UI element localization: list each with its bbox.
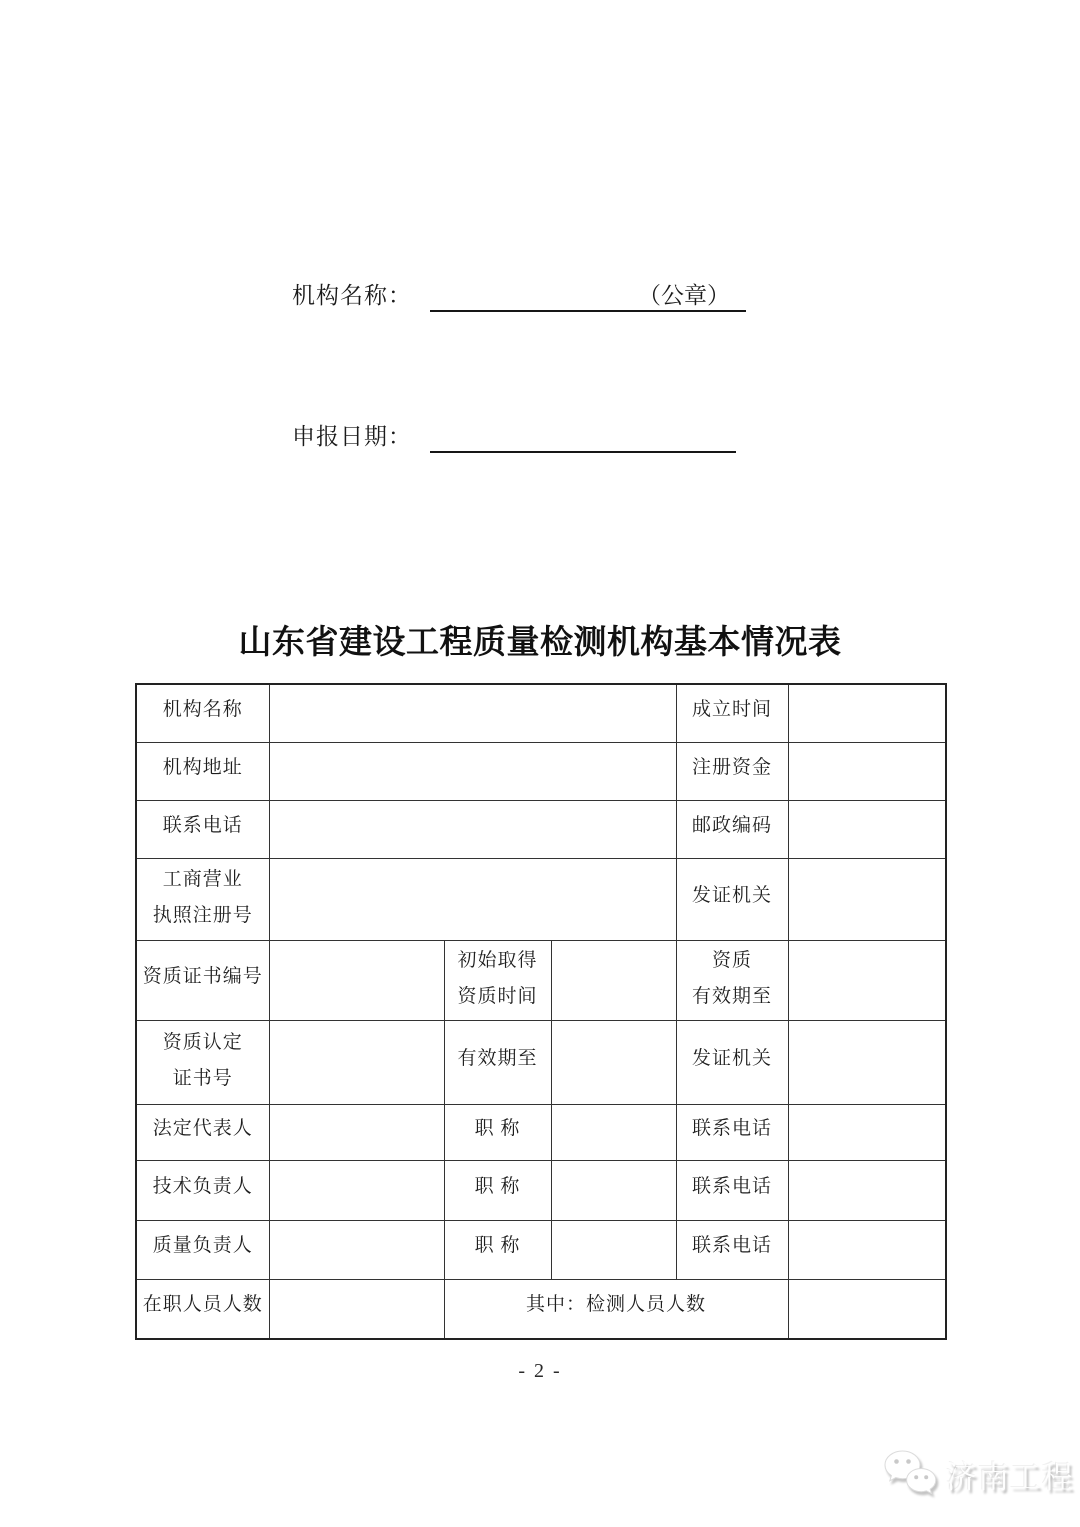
value-cell	[269, 940, 444, 1020]
label-cell: 初始取得 资质时间	[444, 940, 551, 1020]
value-cell	[269, 1279, 444, 1339]
declare-date-blank-line	[430, 421, 736, 453]
org-name-field: 机构名称： （公章）	[292, 280, 746, 312]
label-cell: 联系电话	[676, 1104, 788, 1160]
label-cell: 职 称	[444, 1104, 551, 1160]
table-row: 资质证书编号 初始取得 资质时间 资质 有效期至	[136, 940, 946, 1020]
org-name-blank-line: （公章）	[430, 280, 746, 312]
wechat-icon	[882, 1448, 940, 1500]
table-row: 机构名称 成立时间	[136, 684, 946, 742]
declare-date-field: 申报日期：	[292, 421, 736, 453]
value-cell	[269, 858, 676, 940]
value-cell	[269, 1160, 444, 1220]
label-cell: 有效期至	[444, 1020, 551, 1104]
label-cell: 质量负责人	[136, 1220, 269, 1279]
value-cell	[788, 1279, 946, 1339]
value-cell	[269, 684, 676, 742]
table-row: 工商营业 执照注册号 发证机关	[136, 858, 946, 940]
label-cell: 在职人员人数	[136, 1279, 269, 1339]
label-cell: 职 称	[444, 1220, 551, 1279]
table-row: 法定代表人 职 称 联系电话	[136, 1104, 946, 1160]
label-cell: 发证机关	[676, 1020, 788, 1104]
table-row: 机构地址 注册资金	[136, 742, 946, 800]
value-cell	[269, 742, 676, 800]
value-cell	[788, 940, 946, 1020]
value-cell	[269, 1104, 444, 1160]
document-page: 机构名称： （公章） 申报日期： 山东省建设工程质量检测机构基本情况表 机构名称…	[0, 0, 1080, 1527]
value-cell	[788, 858, 946, 940]
label-cell: 资质证书编号	[136, 940, 269, 1020]
label-cell: 职 称	[444, 1160, 551, 1220]
value-cell	[788, 1104, 946, 1160]
basic-info-table: 机构名称 成立时间 机构地址 注册资金 联系电话 邮政编码 工商营业 执照注册号	[135, 683, 947, 1340]
value-cell	[788, 684, 946, 742]
label-cell: 注册资金	[676, 742, 788, 800]
org-name-label: 机构名称：	[292, 280, 412, 312]
label-cell: 资质 有效期至	[676, 940, 788, 1020]
label-cell: 邮政编码	[676, 800, 788, 858]
label-cell: 发证机关	[676, 858, 788, 940]
value-cell	[788, 1220, 946, 1279]
value-cell	[788, 1160, 946, 1220]
page-number: - 2 -	[0, 1360, 1080, 1383]
declare-date-label: 申报日期：	[292, 421, 412, 453]
table-row: 资质认定 证书号 有效期至 发证机关	[136, 1020, 946, 1104]
label-cell: 技术负责人	[136, 1160, 269, 1220]
label-cell: 联系电话	[136, 800, 269, 858]
table-row: 质量负责人 职 称 联系电话	[136, 1220, 946, 1279]
label-cell: 联系电话	[676, 1220, 788, 1279]
value-cell	[269, 1220, 444, 1279]
value-cell	[269, 800, 676, 858]
form-title: 山东省建设工程质量检测机构基本情况表	[0, 616, 1080, 663]
value-cell	[551, 1160, 676, 1220]
value-cell	[551, 940, 676, 1020]
value-cell	[788, 742, 946, 800]
table-row: 在职人员人数 其中：检测人员人数	[136, 1279, 946, 1339]
value-cell	[551, 1020, 676, 1104]
seal-note: （公章）	[638, 283, 746, 308]
watermark-text: 济南工程	[946, 1452, 1074, 1497]
value-cell	[788, 800, 946, 858]
label-cell: 其中：检测人员人数	[444, 1279, 788, 1339]
label-cell: 工商营业 执照注册号	[136, 858, 269, 940]
label-cell: 联系电话	[676, 1160, 788, 1220]
label-cell: 法定代表人	[136, 1104, 269, 1160]
label-cell: 机构地址	[136, 742, 269, 800]
table-row: 联系电话 邮政编码	[136, 800, 946, 858]
value-cell	[551, 1220, 676, 1279]
value-cell	[788, 1020, 946, 1104]
table-row: 技术负责人 职 称 联系电话	[136, 1160, 946, 1220]
label-cell: 资质认定 证书号	[136, 1020, 269, 1104]
label-cell: 成立时间	[676, 684, 788, 742]
value-cell	[269, 1020, 444, 1104]
watermark: 济南工程	[882, 1448, 1074, 1500]
label-cell: 机构名称	[136, 684, 269, 742]
value-cell	[551, 1104, 676, 1160]
